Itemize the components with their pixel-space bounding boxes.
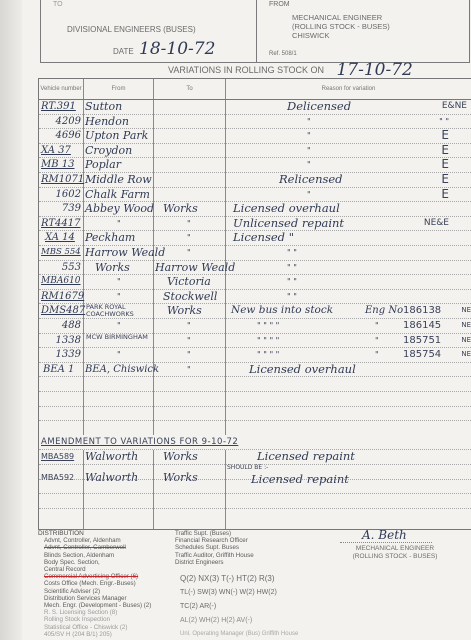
to-garage: Works xyxy=(163,201,233,216)
to-garage xyxy=(155,99,225,114)
engine-number: 186138 xyxy=(403,303,441,318)
from-garage: Chalk Farm xyxy=(85,187,155,202)
to-garage: Harrow Weald xyxy=(155,260,225,275)
from-garage: Peckham xyxy=(85,230,155,245)
from-garage: Harrow Weald xyxy=(85,245,155,260)
reference-number: Ref. 508/1 xyxy=(269,51,297,57)
to-garage: Stockwell xyxy=(163,289,233,304)
from-section: FROM MECHANICAL ENGINEER (ROLLING STOCK … xyxy=(257,0,469,62)
vehicle-number: MBA589 xyxy=(41,449,81,464)
table-row: RT4417 " " Unlicensed repaint NE&E xyxy=(39,216,471,232)
from-garage: Sutton xyxy=(85,99,155,114)
to-addressee: DIVISIONAL ENGINEERS (BUSES) xyxy=(67,25,196,34)
variations-table: Vehicle number From To Reason for variat… xyxy=(38,78,471,530)
distribution-item: Schedules Supt. Buses xyxy=(175,544,254,551)
distribution-item: Distribution Services Manager xyxy=(44,595,151,602)
distribution-item: Blinds Section, Aldenham xyxy=(44,552,151,559)
table-row: RT.391 Sutton Delicensed E&NE xyxy=(39,99,471,115)
blank-row xyxy=(39,376,471,392)
copy-codes-line: Unl. Operating Manager (Bus) Griffith Ho… xyxy=(180,631,298,637)
vehicle-number: 1602 xyxy=(41,187,81,202)
header-row-border xyxy=(39,79,471,100)
from-garage: Abbey Wood xyxy=(85,201,155,216)
vehicle-number: 1339 xyxy=(41,347,81,362)
to-label: TO xyxy=(53,1,63,8)
division-code: NE xyxy=(461,347,471,362)
page-title: VARIATIONS IN ROLLING STOCK ON 17-10-72 xyxy=(168,60,413,80)
blank-row xyxy=(39,508,471,523)
distribution-item-struck: Commercial Advertising Officer (6) xyxy=(44,573,151,580)
to-garage: Victoria xyxy=(167,274,237,289)
distribution-item: Central Record xyxy=(44,566,151,573)
vehicle-number: MB 13 xyxy=(41,157,81,172)
from-garage: " xyxy=(117,318,187,333)
from-label: FROM xyxy=(269,1,290,8)
signatory-title: MECHANICAL ENGINEER (ROLLING STOCK - BUS… xyxy=(340,545,450,561)
header-box: TO DIVISIONAL ENGINEERS (BUSES) DATE 18-… xyxy=(40,0,470,63)
vehicle-number: DMS487 xyxy=(41,303,81,318)
copy-codes-line: AL(2) WH(2) H(2) AV(-) xyxy=(180,617,252,624)
engine-number: 186145 xyxy=(403,318,441,333)
vehicle-number: RT.391 xyxy=(41,99,81,114)
vehicle-number: RM1071 xyxy=(41,172,81,187)
distribution-item: Statistical Office - Chiswick (2) xyxy=(44,624,151,631)
scan-edge-shadow xyxy=(0,0,22,640)
table-row: DMS487 PARK ROYAL COACHWORKS Works New b… xyxy=(39,303,471,319)
vehicle-number: 1338 xyxy=(41,333,81,348)
distribution-item: Scientific Adviser (2) xyxy=(44,588,151,595)
division-code: NE xyxy=(461,303,471,318)
to-garage: " xyxy=(187,362,257,377)
vehicle-number: RT4417 xyxy=(41,216,81,231)
vehicle-number: MBS 554 xyxy=(41,245,81,260)
reason: " " xyxy=(287,260,471,275)
to-garage: " xyxy=(187,347,257,362)
vehicle-number: RM1679 xyxy=(41,289,81,304)
reason: " " xyxy=(287,274,471,289)
vehicle-number: 4696 xyxy=(41,128,81,143)
engine-number-label: Eng No xyxy=(365,303,403,318)
distribution-list-right: Traffic Supt. (Buses) Financial Research… xyxy=(175,530,254,566)
division-code: E xyxy=(441,128,449,143)
to-garage: Works xyxy=(167,303,237,318)
table-row: 4209 Hendon " " " xyxy=(39,114,471,130)
division-code: E xyxy=(441,187,449,202)
amendment-heading: AMENDMENT TO VARIATIONS FOR 9-10-72 xyxy=(41,437,238,447)
division-code: E xyxy=(441,143,449,158)
division-code: NE xyxy=(461,333,471,348)
vehicle-number: 488 xyxy=(41,318,81,333)
blank-row xyxy=(39,391,471,407)
from-garage: Hendon xyxy=(85,114,155,129)
blank-row xyxy=(39,406,471,422)
copy-codes-line: Q(2) NX(3) T(-) HT(2) R(3) xyxy=(180,574,275,583)
copy-codes-line: TC(2) AR(-) xyxy=(180,603,216,610)
distribution-item: Costs Office (Mech. Engr.-Buses) xyxy=(44,580,151,587)
to-garage: " xyxy=(187,318,257,333)
vehicle-number: XA 37 xyxy=(41,143,81,158)
table-row: 4696 Upton Park " E xyxy=(39,128,471,144)
table-row: 1338 MCW BIRMINGHAM " " " " " " 185751 N… xyxy=(39,333,471,349)
engine-number-label: " xyxy=(375,333,379,348)
to-garage: " xyxy=(187,333,257,348)
division-code: E xyxy=(441,172,449,187)
reason: Licensed repaint xyxy=(257,449,471,464)
engine-number-label: " xyxy=(375,318,379,333)
table-row: 553 Works Harrow Weald " " xyxy=(39,260,471,276)
distribution-item-struck: Advnt, Controller, Camberwell xyxy=(44,544,151,551)
to-section: TO DIVISIONAL ENGINEERS (BUSES) DATE 18-… xyxy=(41,0,257,62)
division-code: NE xyxy=(461,318,471,333)
engine-number: 185751 xyxy=(403,333,441,348)
table-row: RM1071 Middle Row Relicensed E xyxy=(39,172,471,188)
from-garage: Walworth xyxy=(85,449,155,464)
distribution-item: Mech. Engr. (Development - Buses) (2) xyxy=(44,602,151,609)
from-garage: MCW BIRMINGHAM xyxy=(86,334,152,349)
from-garage: Middle Row xyxy=(85,172,155,187)
division-code: NE&E xyxy=(424,216,449,231)
distribution-item: Financial Research Officer xyxy=(175,537,254,544)
reason: " " xyxy=(287,289,471,304)
from-garage: Poplar xyxy=(85,157,155,172)
reason: Licensed " xyxy=(233,230,465,245)
distribution-item: Advnt, Controller, Aldenham xyxy=(44,537,151,544)
engine-number-label: " xyxy=(375,347,379,362)
from-garage: " xyxy=(117,216,187,231)
from-address: MECHANICAL ENGINEER (ROLLING STOCK - BUS… xyxy=(292,13,390,40)
table-row: 1339 " " " " " " " 185754 NE xyxy=(39,347,471,363)
distribution-heading: DISTRIBUTION xyxy=(38,530,151,537)
date-value: 18-10-72 xyxy=(139,39,215,59)
table-row: XA 37 Croydon " E xyxy=(39,143,471,159)
division-code: " " xyxy=(439,114,449,129)
reason: Licensed overhaul xyxy=(249,362,471,377)
table-row: MB 13 Poplar " E xyxy=(39,157,471,173)
distribution-item: Traffic Supt. (Buses) xyxy=(175,530,254,537)
signature: A. Beth xyxy=(362,528,407,542)
title-text: VARIATIONS IN ROLLING STOCK ON xyxy=(168,65,324,75)
division-code: E xyxy=(441,157,449,172)
table-row: 1602 Chalk Farm " E xyxy=(39,187,471,203)
distribution-list: DISTRIBUTION Advnt, Controller, Aldenham… xyxy=(38,530,151,638)
from-garage: Upton Park xyxy=(85,128,155,143)
to-garage: " xyxy=(187,245,257,260)
from-garage: PARK ROYAL COACHWORKS xyxy=(86,304,152,319)
table-row: MBS 554 Harrow Weald " " " xyxy=(39,245,471,261)
table-row: RM1679 " Stockwell " " xyxy=(39,289,471,305)
vehicle-number: 739 xyxy=(41,201,81,216)
engine-number: 185754 xyxy=(403,347,441,362)
from-garage: " xyxy=(117,347,187,362)
vehicle-number: BEA 1 xyxy=(43,362,83,377)
table-row: XA 14 Peckham " Licensed " xyxy=(39,230,471,246)
from-garage: BEA, Chiswick xyxy=(85,362,155,377)
division-code: E&NE xyxy=(442,99,467,114)
to-garage: Works xyxy=(163,449,233,464)
vehicle-number: XA 14 xyxy=(45,230,85,245)
blank-row xyxy=(39,420,471,436)
reason: " " xyxy=(287,245,471,260)
table-row: BEA 1 BEA, Chiswick " Licensed overhaul xyxy=(39,362,471,378)
distribution-item: Body Spec. Section, xyxy=(44,559,151,566)
copy-codes-line: TL(-) SW(3) WN(-) W(2) HW(2) xyxy=(180,589,277,596)
signature-line xyxy=(340,542,432,543)
distribution-item: District Engineers xyxy=(175,559,254,566)
table-row: MBA610 " Victoria " " xyxy=(39,274,471,290)
from-garage: Croydon xyxy=(85,143,155,158)
blank-row xyxy=(39,493,471,509)
vehicle-number: 4209 xyxy=(41,114,81,129)
blank-row xyxy=(39,479,471,495)
amendment-row: MBA589 Walworth Works Licensed repaint xyxy=(39,449,471,465)
distribution-item: R. S. Licensing Section (8) xyxy=(44,609,151,616)
title-date: 17-10-72 xyxy=(336,60,412,80)
amendment-row: MBA592 Walworth Works Licensed repaint xyxy=(39,464,471,479)
reason: Licensed overhaul xyxy=(233,201,465,216)
distribution-item: 405/SV H (204 B/1) 205) xyxy=(44,631,151,638)
distribution-item: Traffic Auditor, Griffith House xyxy=(175,552,254,559)
date-label: DATE xyxy=(113,47,134,56)
vehicle-number: MBA610 xyxy=(41,274,81,289)
amendment-heading-row: AMENDMENT TO VARIATIONS FOR 9-10-72 xyxy=(39,435,471,451)
table-row: 488 " " " " " " " 186145 NE xyxy=(39,318,471,334)
vehicle-number: 553 xyxy=(41,260,81,275)
distribution-item: Rolling Stock Inspection xyxy=(44,616,151,623)
table-row: 739 Abbey Wood Works Licensed overhaul xyxy=(39,201,471,217)
